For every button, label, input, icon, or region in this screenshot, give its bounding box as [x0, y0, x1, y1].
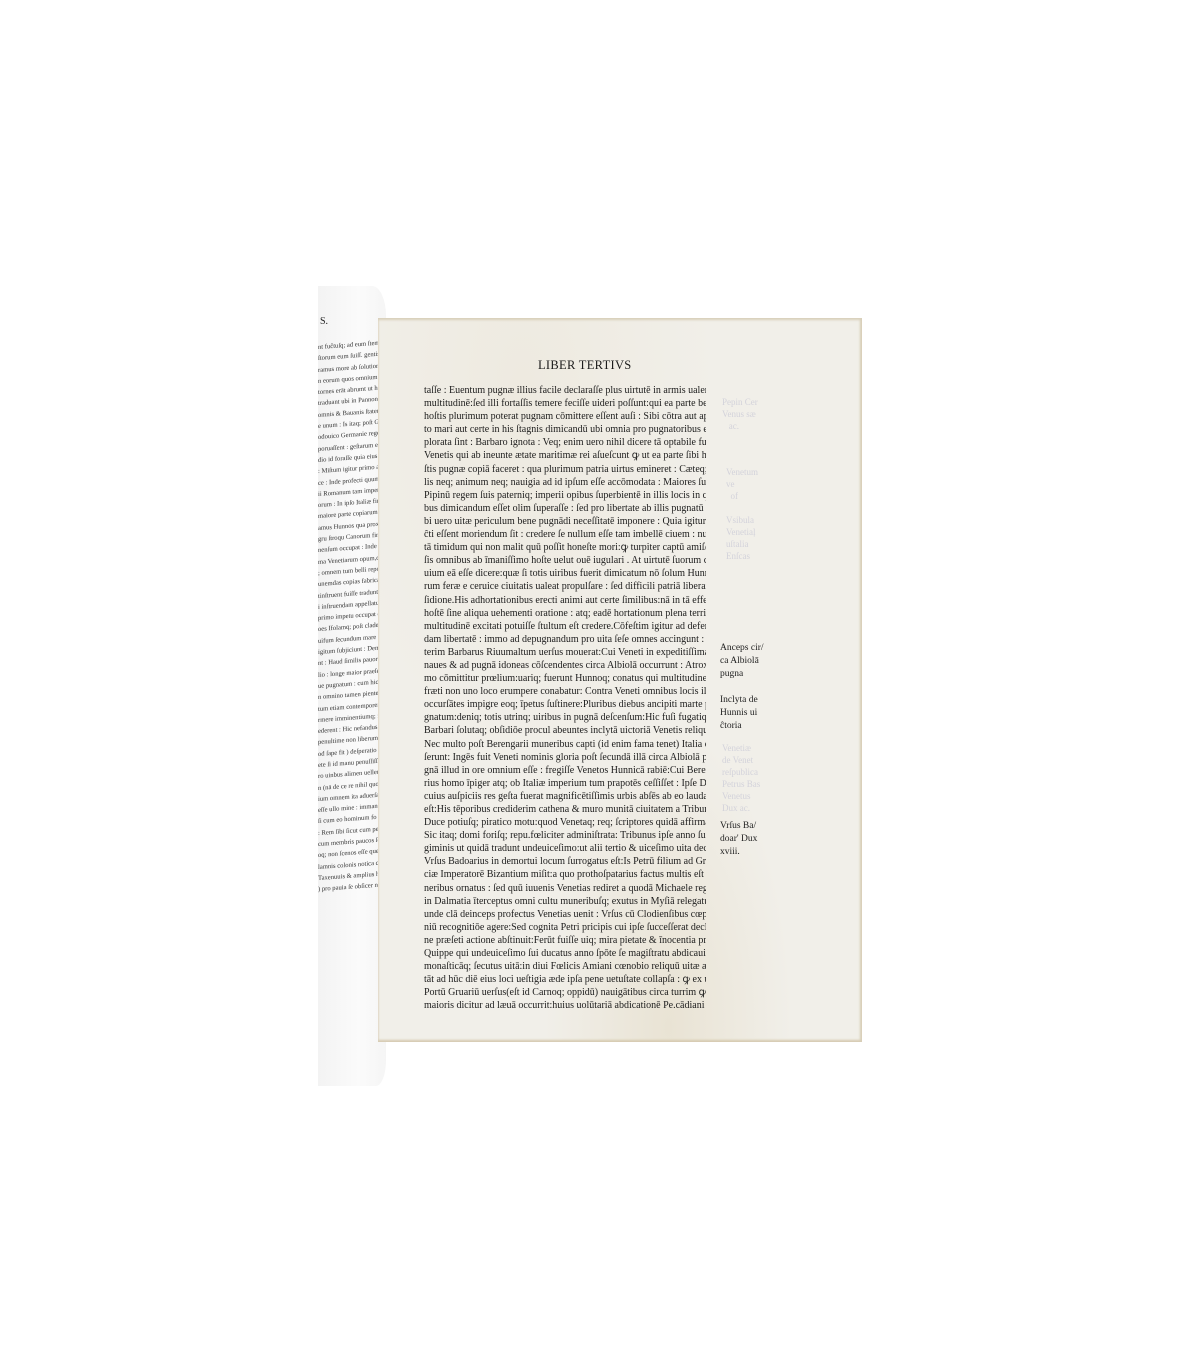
marginal-line: xviii.	[720, 846, 780, 859]
text-line: to mari aut certe in his ſtagnis dimican…	[424, 423, 706, 436]
text-line: occurſātes impigre eoq; īpetus ſuſtinere…	[424, 698, 706, 711]
text-line: in Dalmatia īterceptus omni cultu muneri…	[424, 895, 706, 908]
marginal-line: doar' Dux	[720, 833, 780, 846]
text-line: Vrſus Badoarius in demortui locum ſurrog…	[424, 855, 706, 868]
text-line: Sic itaq; domi foriſq; repu.fœliciter ad…	[424, 829, 706, 842]
text-line: hoſtē ſine aliqua uehementi oratione : a…	[424, 607, 706, 620]
text-line: terim Barbarus Riuumaltum uerſus mouerat…	[424, 646, 706, 659]
left-page-folio: S.	[320, 316, 328, 327]
marginal-line: ĉtoria	[720, 720, 780, 733]
text-line: cuius auſpiciis res geſta fuerat magnifi…	[424, 790, 706, 803]
right-page-recto: Pepin CerVenus sæ ac. Venetumve ofVsibul…	[378, 318, 862, 1042]
text-line: Pipinū regem ſuis paterniq; imperii opib…	[424, 489, 706, 502]
text-line: Barbari ſolutaq; obſidiōe procul abeunte…	[424, 724, 706, 737]
marginal-note-vrsus: Vrſus Ba/ doar' Dux xviii.	[720, 820, 780, 859]
marginal-line: Inclyta de	[720, 694, 780, 707]
marginal-line: Hunnis ui	[720, 707, 780, 720]
text-line: Nec multo poſt Berengarii muneribus capt…	[424, 738, 706, 751]
text-line: maioris dicitur ad læuā occurrit:huius u…	[424, 999, 706, 1012]
text-line: plorata ſint : Barbaro ignota : Veq; eni…	[424, 436, 706, 449]
text-line: ſerunt: Ingēs fuit Veneti nominis gloria…	[424, 751, 706, 764]
text-line: multitudinē excitati potuiſſe ſtultum eſ…	[424, 620, 706, 633]
text-line: Venetis qui ab ineunte ætate maritimæ re…	[424, 449, 706, 462]
text-line: multitudinē:ſed illi fortaſſis temere fe…	[424, 397, 706, 410]
text-line: Quippe qui undeuiceſimo ſui ducatus anno…	[424, 947, 706, 960]
text-line: bi uero uitæ periculum bene pugnādi nece…	[424, 515, 706, 528]
text-line: bus dimicandum eſſet olim ſuperaſſe : ſe…	[424, 502, 706, 515]
text-line: giminis ut quidā tradunt undeuiceſimo:ut…	[424, 842, 706, 855]
text-line: fræti non uno loco erumpere conabatur: C…	[424, 685, 706, 698]
text-line: ne præſeti actione abſtinuit:Ferūt fuiſſ…	[424, 934, 706, 947]
marginal-note-anceps: Anceps cir/ ca Albiolā pugna	[720, 642, 780, 681]
text-line: monaſticāq; ſecutus uitā:in diui Fœlicis…	[424, 960, 706, 973]
text-line: uium eā eſſe dicere:quæ ſi totis uiribus…	[424, 567, 706, 580]
text-line: unde clā deinceps profectus Venetias uen…	[424, 908, 706, 921]
text-line: eſt:His tēporibus crediderim cathena & m…	[424, 803, 706, 816]
text-line: hoſtis plurimum poterat pugnam cōmittere…	[424, 410, 706, 423]
text-line: gnatum:deniq; totis utrinq; uiribus in p…	[424, 711, 706, 724]
text-line: tā timidum qui non malit quū poſſit hone…	[424, 541, 706, 554]
show-through-marginalia: Venetumve ofVsibulaVenetiaļuſtaliaEnſcas	[726, 466, 758, 562]
show-through-marginalia: Venetiæde VenetreſpublicaPetrus BasVenet…	[722, 742, 760, 814]
text-line: ſtis pugnæ copiā faceret : qua plurimum …	[424, 463, 706, 476]
text-line: dam libertatē : immo ad depugnandum pro …	[424, 633, 706, 646]
marginal-note-inclyta: Inclyta de Hunnis ui ĉtoria	[720, 694, 780, 733]
text-line: lis neq; animum neq; nauigia ad id ipſum…	[424, 476, 706, 489]
left-page-verso: S. nt fuĉtuſq; ad eum ſtem neuſtorum eum…	[318, 286, 386, 1086]
marginal-line: pugna	[720, 668, 780, 681]
text-line: ſidione.His adhortationibus erecti animi…	[424, 594, 706, 607]
text-line: mo cōmittitur prœlium:uariq; fuerunt Hun…	[424, 672, 706, 685]
body-text-block: taſſe : Euentum pugnæ illius facile decl…	[424, 384, 706, 1013]
marginal-line: ca Albiolā	[720, 655, 780, 668]
text-line: taſſe : Euentum pugnæ illius facile decl…	[424, 384, 706, 397]
left-page-text: nt fuĉtuſq; ad eum ſtem neuſtorum eum ſu…	[318, 338, 382, 896]
text-line: ĉti eſſent moriendum ſit : credere ſe nu…	[424, 528, 706, 541]
marginal-line: Anceps cir/	[720, 642, 780, 655]
text-line: Duce potiuſq; piratico motu:quod Venetaq…	[424, 816, 706, 829]
marginal-line: Vrſus Ba/	[720, 820, 780, 833]
text-line: niū recognitiōe agere:Sed cognita Petri …	[424, 921, 706, 934]
show-through-marginalia: Pepin CerVenus sæ ac.	[722, 396, 758, 432]
text-line: rum feræ e ceruice ciuitatis ualeat prop…	[424, 580, 706, 593]
text-line: gnā illud in ore omnium eſſe : fregiſſe …	[424, 764, 706, 777]
running-head: LIBER TERTIVS	[538, 358, 632, 373]
text-line: neribus ornatus : ſed quū iuuenis Veneti…	[424, 882, 706, 895]
text-line: rius homo īpiger atq; ob Italiæ imperium…	[424, 777, 706, 790]
text-line: tāt ad hūc diē eius loci ueſtigia æde ip…	[424, 973, 706, 986]
text-line: ciæ Imperatorē Bizantium miſit:a quo pro…	[424, 868, 706, 881]
text-line: ſis omnibus ab īmaniſſimo hoſte uelut ou…	[424, 554, 706, 567]
text-line: naues & ad pugnā idoneas cōſcendentes ci…	[424, 659, 706, 672]
text-line: Portū Gruariū uerſus(eſt id Carnoq; oppi…	[424, 986, 706, 999]
